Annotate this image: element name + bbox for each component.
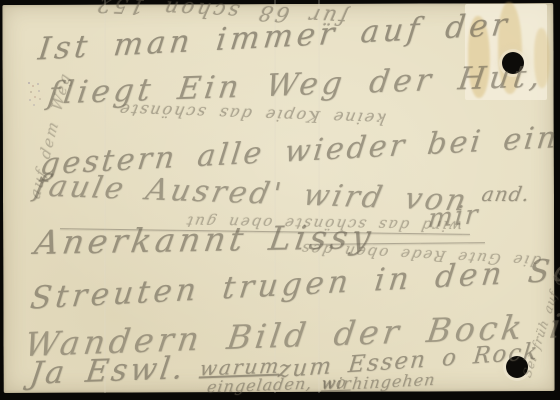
handwriting-line: Ja Eswl. <box>28 353 188 390</box>
handwriting-line: hingehen <box>351 372 436 392</box>
handwriting-line: wird das schönste oben gut <box>184 214 464 234</box>
handwriting-line: and. <box>480 184 531 204</box>
scanned-postcard-image: für 68 schon 152Ist man immer auf derfli… <box>0 0 560 400</box>
stamp-remnant-specks <box>28 82 30 84</box>
handwriting-line: wir <box>321 375 353 392</box>
